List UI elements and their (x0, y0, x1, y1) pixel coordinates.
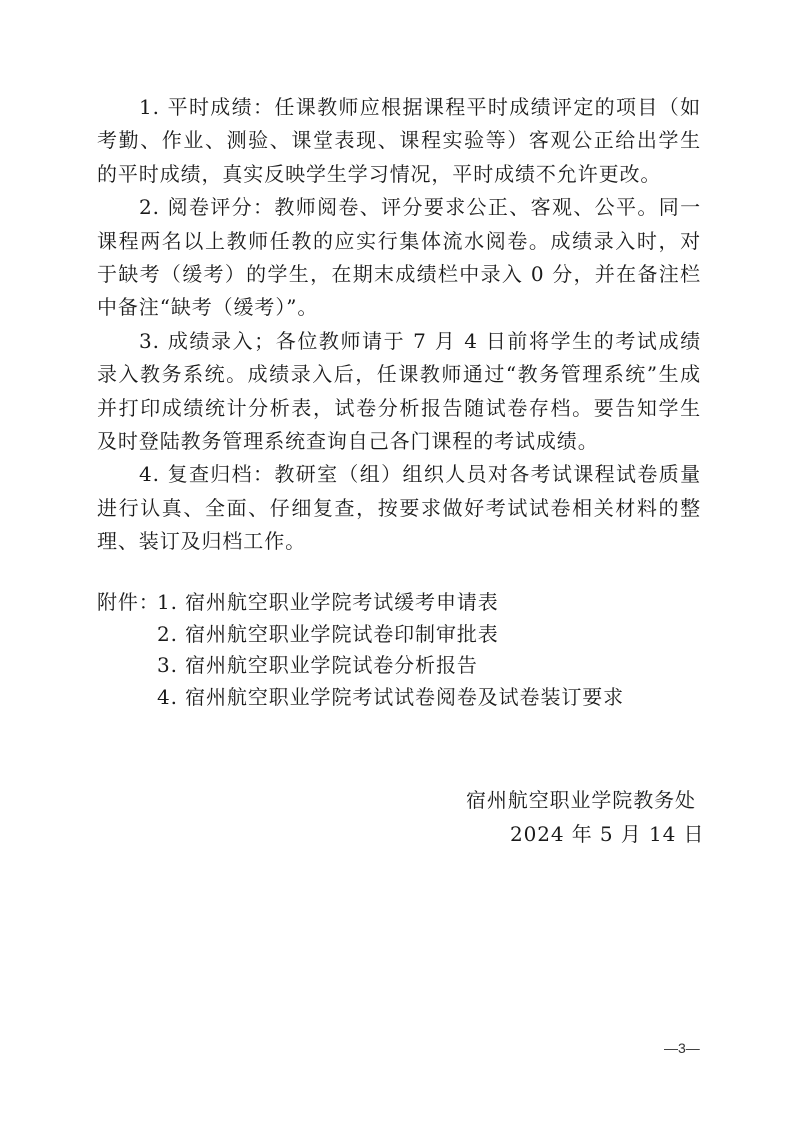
paragraph-grade-entry: 3. 成绩录入；各位教师请于 7 月 4 日前将学生的考试成绩录入教务系统。成绩… (97, 325, 701, 459)
issue-date: 2024 年 5 月 14 日 (466, 817, 706, 851)
attachment-item: 3. 宿州航空职业学院试卷分析报告 (157, 650, 478, 682)
attachment-item: 1. 宿州航空职业学院考试缓考申请表 (157, 587, 499, 619)
issuing-organization: 宿州航空职业学院教务处 (466, 783, 706, 817)
attachments-label: 附件： (97, 587, 157, 619)
body-text: 1. 平时成绩：任课教师应根据课程平时成绩评定的项目（如考勤、作业、测验、课堂表… (97, 91, 701, 559)
attachment-row: 附件： 1. 宿州航空职业学院考试缓考申请表 (97, 587, 717, 619)
paragraph-review-archive: 4. 复查归档：教研室（组）组织人员对各考试课程试卷质量进行认真、全面、仔细复查… (97, 458, 701, 558)
paragraph-grading: 2. 阅卷评分：教师阅卷、评分要求公正、客观、公平。同一课程两名以上教师任教的应… (97, 191, 701, 325)
paragraph-regular-grades: 1. 平时成绩：任课教师应根据课程平时成绩评定的项目（如考勤、作业、测验、课堂表… (97, 91, 701, 191)
attachment-row: 3. 宿州航空职业学院试卷分析报告 (97, 650, 717, 682)
page-number: —3— (664, 1040, 700, 1056)
attachments-list: 附件： 1. 宿州航空职业学院考试缓考申请表 2. 宿州航空职业学院试卷印制审批… (97, 587, 717, 714)
signature-block: 宿州航空职业学院教务处 2024 年 5 月 14 日 (466, 783, 706, 851)
attachment-row: 2. 宿州航空职业学院试卷印制审批表 (97, 619, 717, 651)
attachment-item: 4. 宿州航空职业学院考试试卷阅卷及试卷装订要求 (157, 682, 624, 714)
attachment-item: 2. 宿州航空职业学院试卷印制审批表 (157, 619, 499, 651)
attachment-row: 4. 宿州航空职业学院考试试卷阅卷及试卷装订要求 (97, 682, 717, 714)
document-page: 1. 平时成绩：任课教师应根据课程平时成绩评定的项目（如考勤、作业、测验、课堂表… (0, 0, 793, 1122)
